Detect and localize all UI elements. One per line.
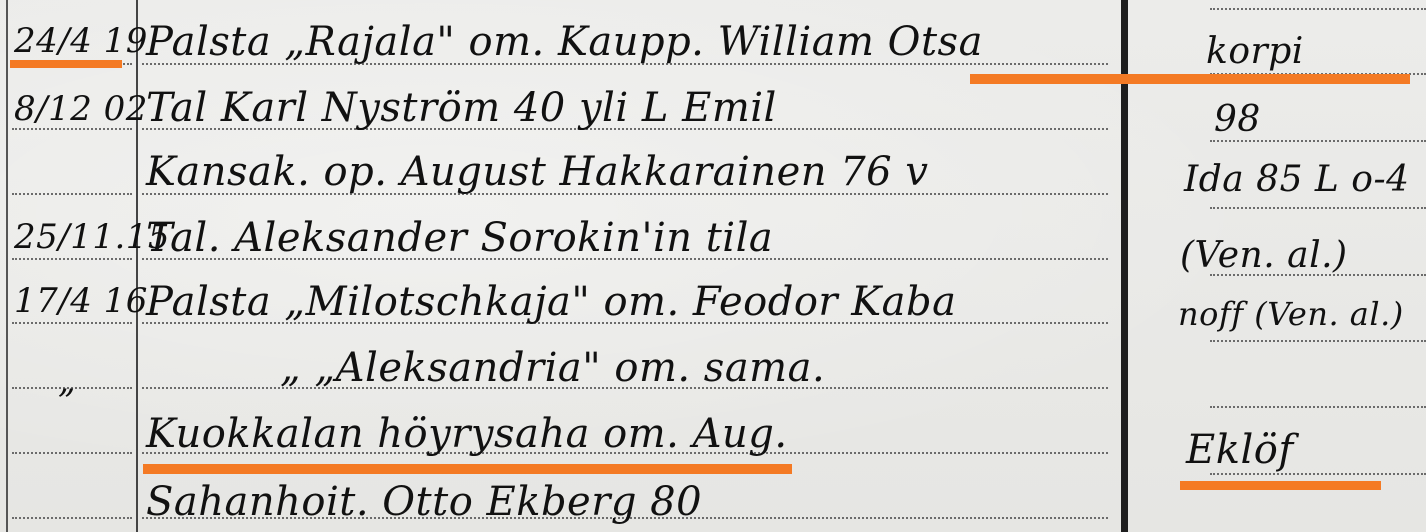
entry-date: 8/12 02 [14,92,132,126]
entry-note: Eklöf [1186,430,1294,470]
entry-note: korpi [1206,34,1304,70]
baseline-rule [1210,340,1426,342]
left-margin-rule [6,0,8,532]
highlight-mark-eklof [1180,481,1381,490]
entry-note: Ida 85 L o-4 [1184,162,1410,198]
entry-text: Palsta „Milotschkaja" om. Feodor Kaba [146,282,956,322]
ditto-mark: „ [58,364,176,398]
entry-text: Kuokkalan höyrysaha om. Aug. [146,414,788,454]
baseline-rule [12,258,132,260]
entry-note: (Ven. al.) [1180,238,1348,274]
baseline-rule [12,193,132,195]
entry-text: Sahanhoit. Otto Ekberg 80 [146,482,702,522]
entry-text: Palsta „Rajala" om. Kaupp. William Otsa [146,22,983,62]
entry-note: 98 [1214,102,1261,138]
highlight-mark-otsa-korpi [970,74,1410,84]
baseline-rule [1210,473,1426,475]
entry-date: 17/4 16 [14,284,132,318]
baseline-rule [12,452,132,454]
entry-text: Tal. Aleksander Sorokin'in tila [146,218,773,258]
entry-date: 24/4 19 [14,24,132,58]
entry-text: Tal Karl Nyström 40 yli L Emil [146,88,777,128]
highlight-mark-date [10,60,122,68]
baseline-rule [1210,140,1426,142]
entry-text: Kansak. op. August Hakkarainen 76 v [146,152,928,192]
baseline-rule [1210,207,1426,209]
baseline-rule [12,517,132,519]
baseline-rule [1210,406,1426,408]
highlight-mark-kuokkalan [143,464,792,474]
baseline-rule [12,322,132,324]
ledger-page: 24/4 19 Palsta „Rajala" om. Kaupp. Willi… [0,0,1426,532]
baseline-rule [1210,8,1426,10]
entry-date: 25/11.15 [14,220,132,254]
entry-text: „ „Aleksandria" om. sama. [280,348,825,388]
entry-note: noff (Ven. al.) [1178,298,1404,330]
date-column-rule [136,0,138,532]
